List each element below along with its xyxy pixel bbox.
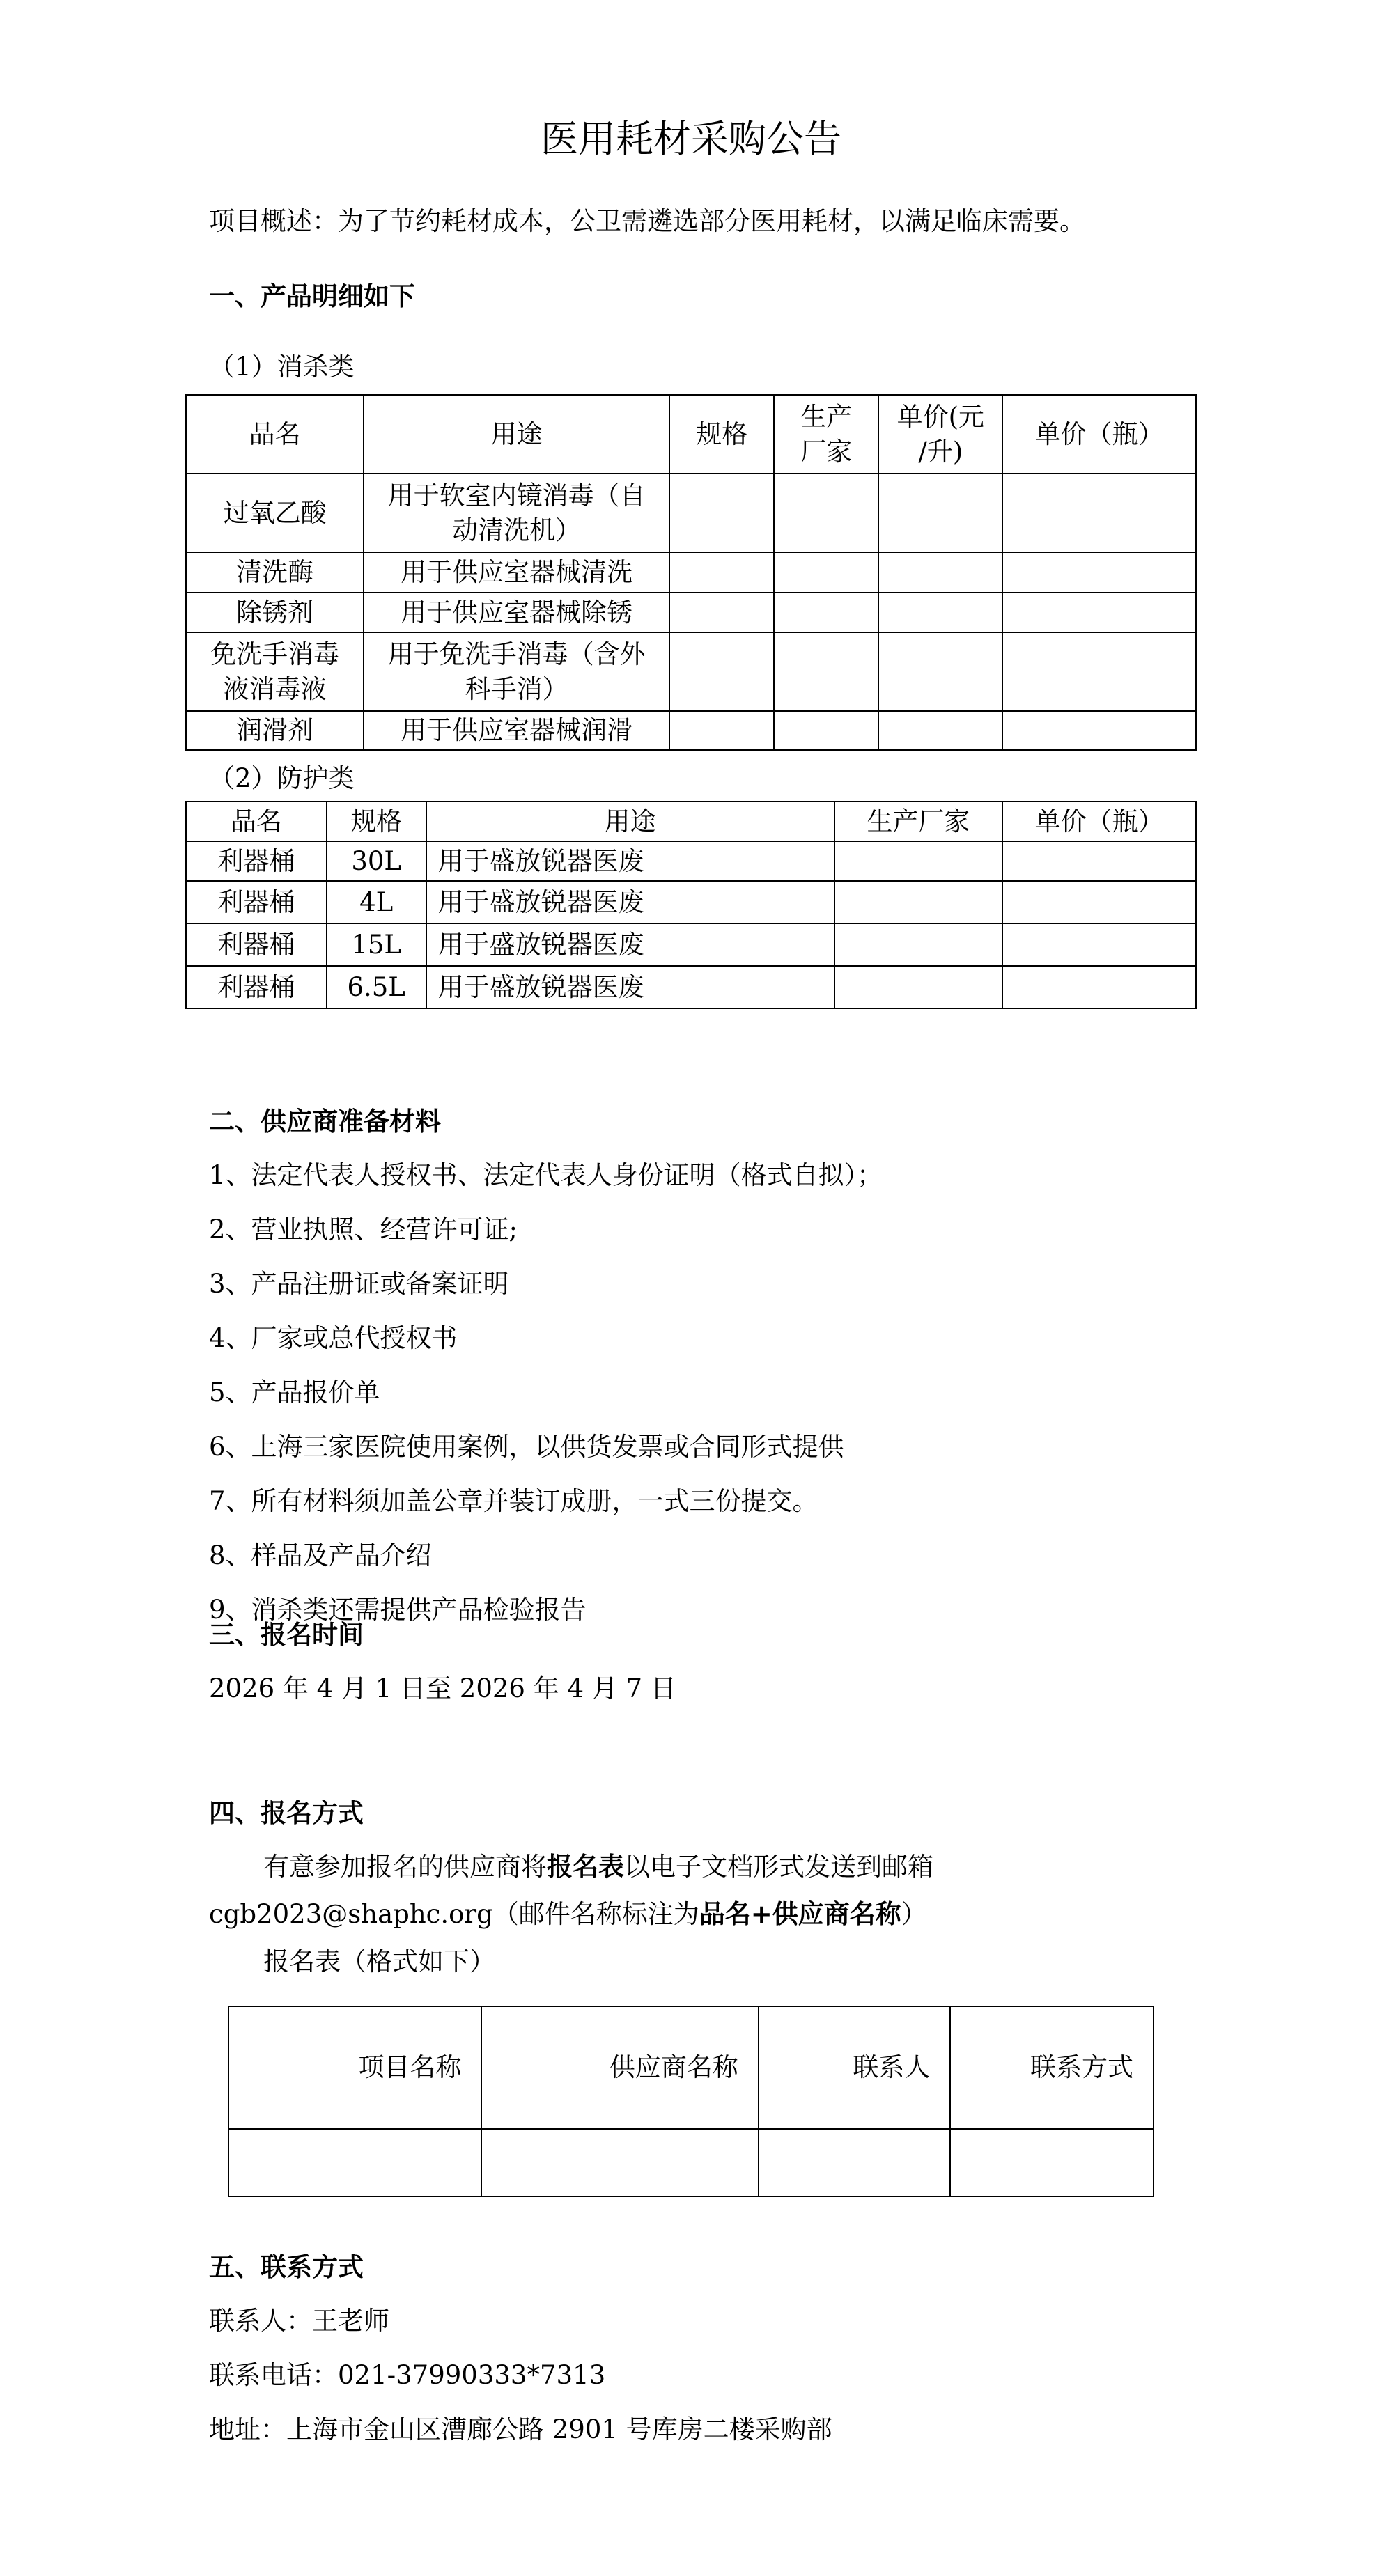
form-name-emphasis: 报名表 [547, 1851, 624, 1882]
table-row: 免洗手消毒 液消毒液 用于免洗手消毒（含外 科手消） [186, 632, 1196, 711]
table-row [228, 2129, 1154, 2196]
material-item-7: 7、所有材料须加盖公章并装订成册，一式三份提交。 [209, 1484, 818, 1519]
manufacturer-cell[interactable] [774, 593, 878, 632]
contact-person-cell[interactable] [759, 2129, 951, 2196]
price-bottle-cell[interactable] [1002, 881, 1196, 923]
disinfection-label: （1）消杀类 [209, 350, 355, 384]
table-row: 利器桶 30L 用于盛放锐器医废 [186, 841, 1196, 881]
price-liter-cell[interactable] [878, 552, 1002, 593]
page-title: 医用耗材采购公告 [0, 115, 1382, 164]
manufacturer-cell[interactable] [834, 966, 1003, 1008]
section4-heading: 四、报名方式 [209, 1795, 364, 1830]
header-use: 用途 [364, 395, 669, 474]
price-liter-cell[interactable] [878, 593, 1002, 632]
table-row: 润滑剂 用于供应室器械润滑 [186, 711, 1196, 750]
spec-cell[interactable] [669, 474, 774, 552]
price-liter-cell[interactable] [878, 474, 1002, 552]
manufacturer-cell[interactable] [774, 552, 878, 593]
registration-form-table: 项目名称 供应商名称 联系人 联系方式 [228, 2006, 1154, 2197]
protection-label: （2）防护类 [209, 761, 355, 796]
spec-cell[interactable] [669, 632, 774, 711]
supplier-name-cell[interactable] [481, 2129, 758, 2196]
table-row: 利器桶 15L 用于盛放锐器医废 [186, 923, 1196, 966]
price-liter-cell[interactable] [878, 711, 1002, 750]
table-row: 清洗酶 用于供应室器械清洗 [186, 552, 1196, 593]
material-item-3: 3、产品注册证或备案证明 [209, 1267, 509, 1302]
material-item-4: 4、厂家或总代授权书 [209, 1321, 458, 1356]
price-liter-cell[interactable] [878, 632, 1002, 711]
table-header-row: 品名 规格 用途 生产厂家 单价（瓶） [186, 802, 1196, 841]
material-item-1: 1、法定代表人授权书、法定代表人身份证明（格式自拟）； [209, 1158, 883, 1193]
table-row: 除锈剂 用于供应室器械除锈 [186, 593, 1196, 632]
project-overview: 项目概述：为了节约耗材成本，公卫需遴选部分医用耗材，以满足临床需要。 [209, 204, 1085, 239]
manufacturer-cell[interactable] [834, 841, 1003, 881]
spec-cell[interactable] [669, 552, 774, 593]
section1-heading: 一、产品明细如下 [209, 279, 415, 313]
protection-table: 品名 规格 用途 生产厂家 单价（瓶） 利器桶 30L 用于盛放锐器医废 利器桶… [185, 801, 1197, 1009]
material-item-6: 6、上海三家医院使用案例，以供货发票或合同形式提供 [209, 1430, 844, 1465]
registration-dates: 2026 年 4 月 1 日至 2026 年 4 月 7 日 [209, 1671, 676, 1706]
table-row: 利器桶 6.5L 用于盛放锐器医废 [186, 966, 1196, 1008]
material-item-2: 2、营业执照、经营许可证; [209, 1212, 518, 1247]
table-header-row: 品名 用途 规格 生产 厂家 单价(元 /升) 单价（瓶） [186, 395, 1196, 474]
manufacturer-cell[interactable] [774, 632, 878, 711]
contact-method-cell[interactable] [950, 2129, 1154, 2196]
section5-heading: 五、联系方式 [209, 2249, 364, 2284]
price-bottle-cell[interactable] [1002, 966, 1196, 1008]
price-bottle-cell[interactable] [1002, 923, 1196, 966]
header-name: 品名 [186, 395, 364, 474]
header-price-bottle: 单价（瓶） [1002, 395, 1196, 474]
price-bottle-cell[interactable] [1002, 552, 1196, 593]
material-item-5: 5、产品报价单 [209, 1375, 380, 1410]
section2-heading: 二、供应商准备材料 [209, 1104, 441, 1139]
email-link[interactable]: cgb2023@shaphc.org [209, 1899, 493, 1929]
spec-cell[interactable] [669, 593, 774, 632]
spec-cell[interactable] [669, 711, 774, 750]
manufacturer-cell[interactable] [834, 923, 1003, 966]
price-bottle-cell[interactable] [1002, 593, 1196, 632]
table-header-row: 项目名称 供应商名称 联系人 联系方式 [228, 2006, 1154, 2129]
section3-heading: 三、报名时间 [209, 1617, 364, 1652]
contact-address: 地址：上海市金山区漕廊公路 2901 号库房二楼采购部 [209, 2412, 832, 2447]
price-bottle-cell[interactable] [1002, 474, 1196, 552]
subject-format-emphasis: 品名+供应商名称 [699, 1898, 901, 1929]
header-manufacturer: 生产 厂家 [774, 395, 878, 474]
manufacturer-cell[interactable] [774, 474, 878, 552]
project-name-cell[interactable] [228, 2129, 481, 2196]
header-spec: 规格 [669, 395, 774, 474]
price-bottle-cell[interactable] [1002, 711, 1196, 750]
email-line: cgb2023@shaphc.org（邮件名称标注为品名+供应商名称） [209, 1896, 927, 1932]
form-label: 报名表（格式如下） [263, 1944, 495, 1979]
price-bottle-cell[interactable] [1002, 841, 1196, 881]
manufacturer-cell[interactable] [774, 711, 878, 750]
registration-instruction: 有意参加报名的供应商将报名表以电子文档形式发送到邮箱 [263, 1849, 933, 1884]
manufacturer-cell[interactable] [834, 881, 1003, 923]
header-price-liter: 单价(元 /升) [878, 395, 1002, 474]
contact-phone: 联系电话：021-37990333*7313 [209, 2358, 605, 2393]
price-bottle-cell[interactable] [1002, 632, 1196, 711]
table-row: 利器桶 4L 用于盛放锐器医废 [186, 881, 1196, 923]
material-item-8: 8、样品及产品介绍 [209, 1538, 432, 1573]
contact-person: 联系人：王老师 [209, 2304, 389, 2339]
disinfection-table: 品名 用途 规格 生产 厂家 单价(元 /升) 单价（瓶） 过氧乙酸 用于软室内… [185, 394, 1197, 751]
table-row: 过氧乙酸 用于软室内镜消毒（自 动清洗机） [186, 474, 1196, 552]
